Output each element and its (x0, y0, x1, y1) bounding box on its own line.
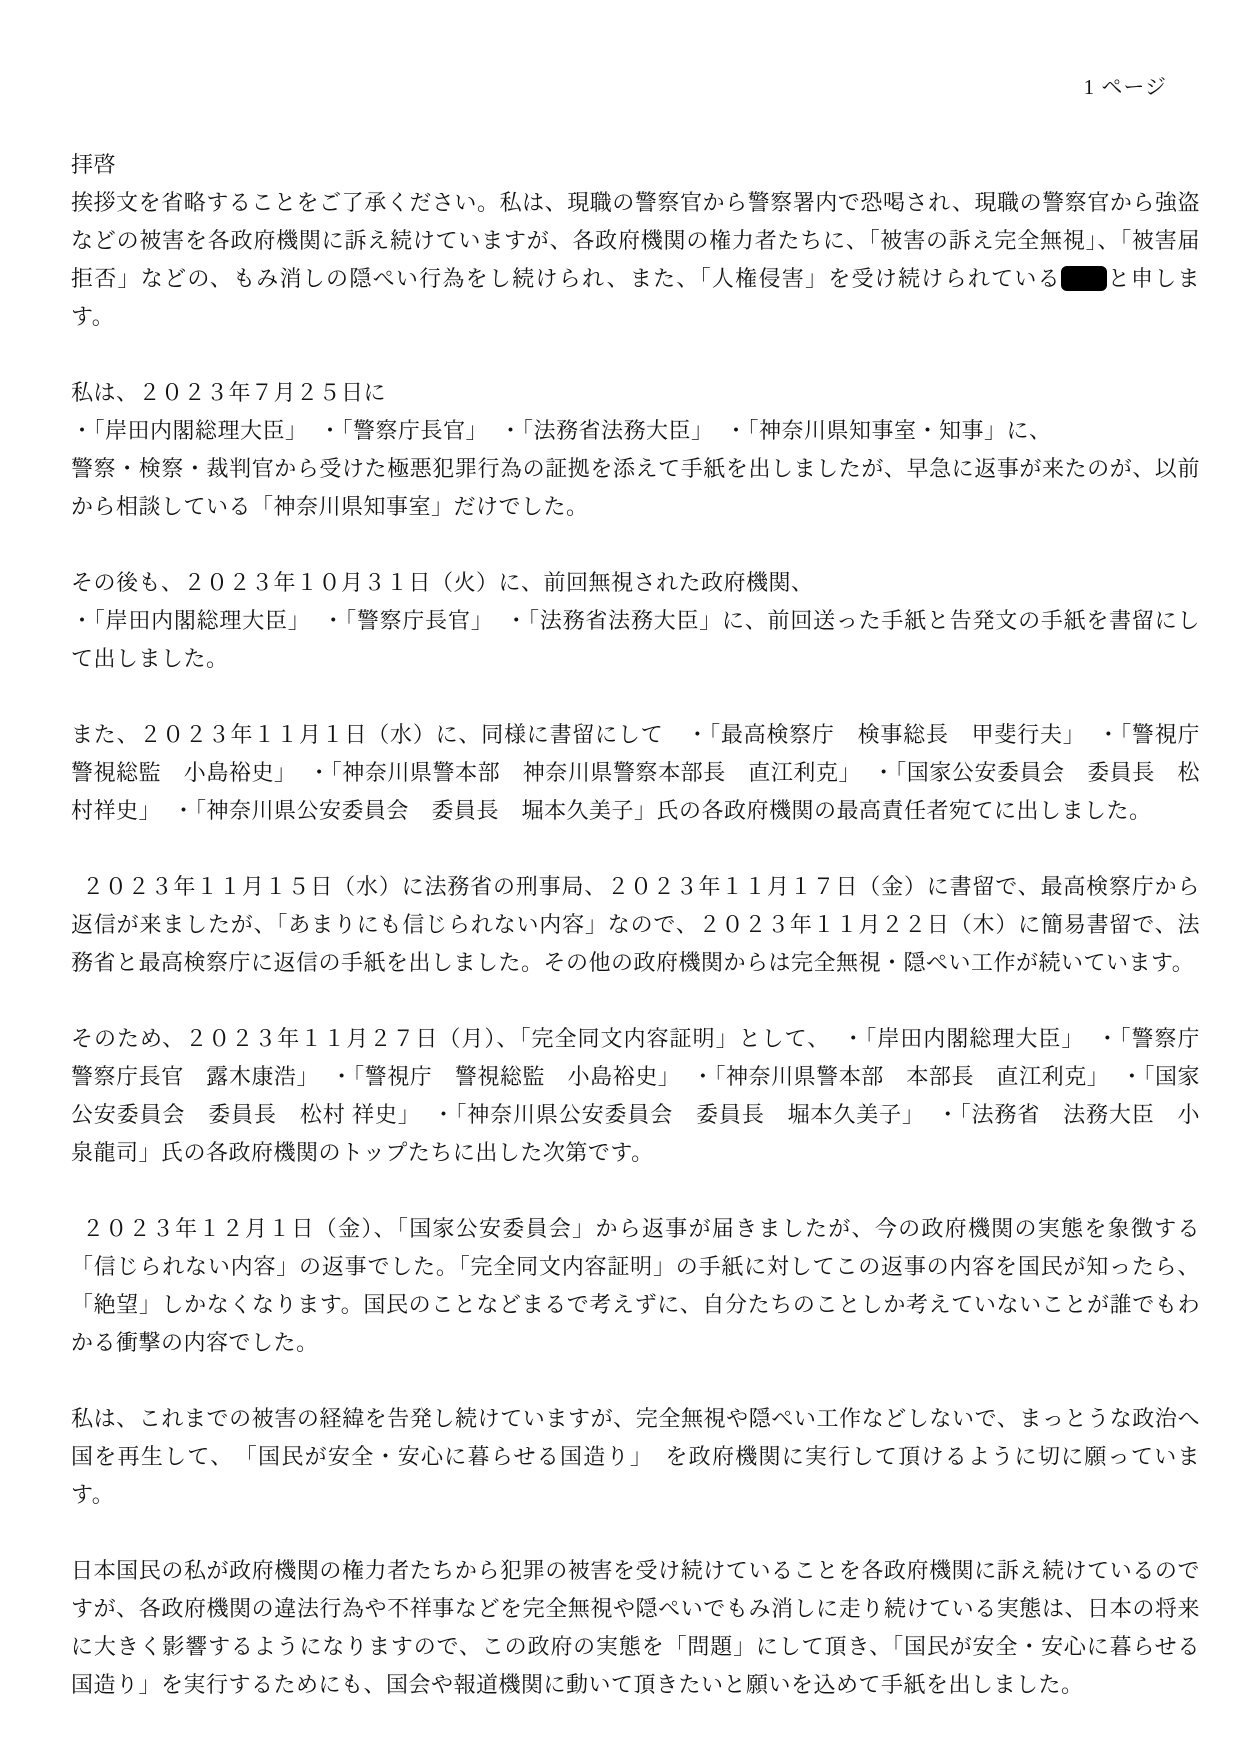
intro-text-before-redaction: 挨拶文を省略することをご了承ください。私は、現職の警察官から警察署内で恐喝され、… (71, 190, 1200, 291)
paragraph-appeal: 私は、これまでの被害の経緯を告発し続けていますが、完全無視や隠ぺい工作などしない… (71, 1400, 1200, 1514)
paragraph-july-letter: 私は、２０２３年７月２５日に・「岸田内閣総理大臣」 ・「警察庁長官」 ・「法務省… (71, 374, 1200, 526)
july-letter-line1: 私は、２０２３年７月２５日に (71, 380, 386, 405)
july-letter-line2: ・「岸田内閣総理大臣」 ・「警察庁長官」 ・「法務省法務大臣」 ・「神奈川県知事… (71, 418, 1052, 443)
paragraph-intro: 挨拶文を省略することをご了承ください。私は、現職の警察官から警察署内で恐喝され、… (71, 184, 1200, 336)
redacted-name-box (1061, 266, 1107, 291)
july-letter-line3: 警察・検察・裁判官から受けた極悪犯罪行為の証拠を添えて手紙を出しましたが、早急に… (71, 456, 1200, 519)
letter-body: 拝啓 挨拶文を省略することをご了承ください。私は、現職の警察官から警察署内で恐喝… (71, 146, 1200, 1742)
october-letter-line1: その後も、２０２３年１０月３１日（火）に、前回無視された政府機関、 (71, 570, 814, 595)
paragraph-december-reply: ２０２３年１２月１日（金）、「国家公安委員会」から返事が届きましたが、今の政府機… (71, 1210, 1200, 1362)
paragraph-certified-mail: そのため、２０２３年１１月２７日（月）、「完全同文内容証明」として、 ・「岸田内… (71, 1020, 1200, 1172)
page-number: 1 ページ (1084, 74, 1167, 100)
october-letter-line2: ・「岸田内閣総理大臣」 ・「警察庁長官」 ・「法務省法務大臣」に、前回送った手紙… (71, 608, 1200, 671)
paragraph-october-letter: その後も、２０２３年１０月３１日（火）に、前回無視された政府機関、・「岸田内閣総… (71, 564, 1200, 678)
paragraph-november-registered: また、２０２３年１１月１日（水）に、同様に書留にして ・「最高検察庁 検事総長 … (71, 716, 1200, 830)
paragraph-closing: 日本国民の私が政府機関の権力者たちから犯罪の被害を受け続けていることを各政府機関… (71, 1552, 1200, 1704)
document-page: 1 ページ 拝啓 挨拶文を省略することをご了承ください。私は、現職の警察官から警… (0, 0, 1241, 1755)
salutation: 拝啓 (71, 146, 1200, 184)
paragraph-november-replies: ２０２３年１１月１５日（水）に法務省の刑事局、２０２３年１１月１７日（金）に書留… (71, 868, 1200, 982)
